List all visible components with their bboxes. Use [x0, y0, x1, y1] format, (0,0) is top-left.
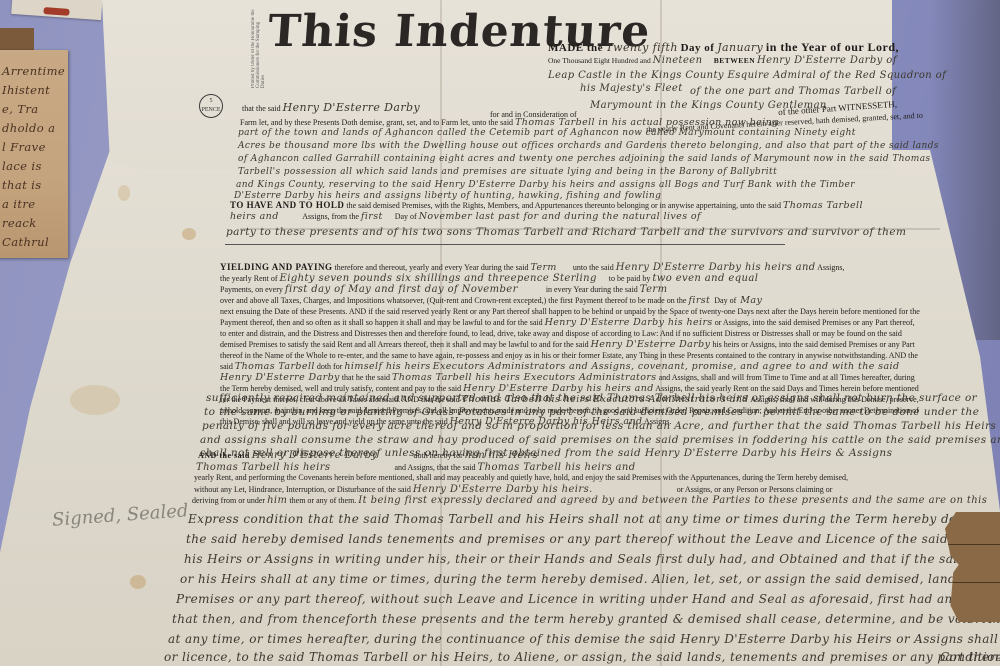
grantor-heirs: him his Heirs: [465, 450, 538, 461]
grantee-2: Thomas Tarbell his heirs: [196, 462, 330, 473]
reddendum-text: therefore and thereout, yearly and every…: [335, 263, 529, 272]
covenant-line: penalty of five pounds for every acre th…: [202, 420, 996, 432]
premises-line: Tarbell's possession all which said land…: [238, 167, 777, 177]
grantor: Henry D'Esterre Darby: [252, 450, 378, 461]
duty-stamp: 5 PENCE: [199, 94, 223, 118]
payee: Henry D'Esterre Darby his heirs and: [616, 262, 816, 273]
rent-prefix: the yearly Rent of: [220, 274, 278, 283]
term-word-2: Term: [640, 284, 668, 295]
heirs-label: heirs and: [230, 211, 279, 222]
covenantor: Thomas Tarbell: [235, 361, 315, 372]
doth-label: doth hereby for: [413, 451, 462, 460]
year-label: in the Year of our Lord,: [766, 40, 899, 54]
year-value: Nineteen: [653, 55, 703, 66]
condition-line: at any time, or times hereafter, during …: [168, 632, 1000, 646]
party1-description-2: his Majesty's Fleet: [580, 83, 683, 94]
condition-line: that then, and from thenceforth these pr…: [172, 612, 1000, 626]
over-above-clause: over and above all Taxes, Charges, and I…: [220, 296, 686, 305]
term-word: Term: [530, 262, 556, 273]
foxing-stain: [118, 185, 130, 201]
habendum-lessee: Thomas Tarbell: [783, 200, 863, 211]
and-said-label: AND the said: [198, 451, 250, 460]
disturber: Henry D'Esterre Darby his heirs.: [413, 484, 593, 495]
month-value: January: [717, 41, 763, 54]
agreement-clause: It being first expressly declared and ag…: [358, 495, 987, 506]
day-of-label: Day of: [395, 212, 417, 221]
made-label: MADE the: [548, 42, 603, 54]
lives-clause: party to these presents and of his two s…: [226, 226, 906, 238]
blank-rule: [225, 244, 785, 245]
condition-line: Premises or any part thereof, without su…: [176, 592, 1000, 606]
condition-line: Express condition that the said Thomas T…: [188, 512, 1000, 526]
payments-label: Payments, on every: [220, 285, 283, 294]
foxing-stain: [130, 575, 146, 589]
executors: Executors Administrators and Assigns, co…: [433, 361, 900, 372]
premises-line: of Aghancon called Garrahill containing …: [238, 154, 930, 164]
payer: Thomas Tarbell his heirs Executors Admin…: [392, 372, 657, 383]
first-payment-day: first: [688, 295, 710, 306]
from-month: November last past for and during the na…: [419, 211, 701, 222]
between-label: BETWEEN: [714, 56, 755, 65]
condition-line: his Heirs or Assigns in writing under hi…: [184, 552, 1000, 566]
for-label: doth for: [317, 362, 343, 371]
condition-line: or his Heirs shall at any time or times,…: [180, 572, 1000, 586]
next-ensuing: next ensuing the Date of these Presents.: [220, 307, 347, 316]
assigns-label: Assigns,: [817, 263, 844, 272]
day-of-label: Day of: [681, 42, 715, 54]
foxing-stain: [70, 385, 120, 415]
stamp-number: 5: [200, 97, 222, 106]
party1-name: Henry D'Esterre Darby of: [757, 55, 897, 66]
from-day: first: [361, 211, 383, 222]
habendum-text: the said demised Premises, with the Righ…: [346, 201, 781, 210]
deriving-label: deriving from or under: [192, 496, 265, 505]
premises-line: part of the town and lands of Aghancon c…: [238, 128, 856, 138]
payment-days: first day of May and first day of Novemb…: [285, 284, 518, 295]
first-payment-month: May: [740, 295, 762, 306]
condition-word: Condition: [940, 650, 1000, 664]
day-value: Twenty fifth: [606, 41, 678, 54]
that-he: that he the said: [342, 373, 390, 382]
or-assigns: or Assigns, or any Person or Persons cla…: [677, 485, 833, 494]
habendum-label: TO HAVE AND TO HOLD: [230, 200, 344, 210]
lessor-name: Henry D'Esterre Darby: [283, 101, 420, 114]
assigns-that: and Assigns, that the said: [394, 463, 475, 472]
reddendum-label: YIELDING AND PAYING: [220, 262, 333, 272]
without-clause: without any Let, Hindrance, Interruption…: [194, 485, 411, 494]
premises-line: Acres be thousand more lbs with the Dwel…: [238, 141, 939, 151]
printer-imprint: Printed by Order of the Honourable the C…: [251, 8, 261, 88]
condition-line: or licence, to the said Thomas Tarbell o…: [164, 650, 1000, 664]
indenture-document: Printed by Order of the Honourable the C…: [0, 0, 1000, 666]
rent-amount: Eighty seven pounds six shillings and th…: [280, 273, 597, 284]
condition-line: the said hereby demised lands tenements …: [186, 532, 1000, 546]
thousand-label: One Thousand Eight Hundred and: [548, 56, 651, 65]
party1-description: Leap Castle in the Kings County Esquire …: [548, 70, 946, 81]
them-label: them or any of them.: [289, 496, 356, 505]
covenant-line: to the same by burning or planting of Gr…: [204, 406, 979, 418]
deriving-hand: him: [267, 495, 287, 506]
reentry-party: Henry D'Esterre Darby: [591, 339, 711, 350]
assigns-from-label: Assigns, from the: [302, 212, 359, 221]
unto-label: unto the said: [573, 263, 614, 272]
paid-by-label: to be paid by: [609, 274, 651, 283]
in-every-year: in every Year during the said: [546, 285, 638, 294]
covenantee: Henry D'Esterre Darby: [220, 372, 340, 383]
covenant-line: sufficiently repaired maintained and sup…: [206, 392, 977, 404]
party2-name: of the one part and Thomas Tarbell of: [690, 86, 896, 97]
installments: two even and equal: [652, 273, 758, 284]
distrainor: Henry D'Esterre Darby his heirs: [545, 317, 713, 328]
farm-let-label: Farm let, and by these Presents Doth dem…: [240, 118, 513, 127]
grantee: Thomas Tarbell his heirs and: [478, 462, 636, 473]
covenant-line: and assigns shall consume the straw and …: [200, 434, 1000, 446]
stamp-text: PENCE: [200, 106, 222, 115]
lessee-name: Thomas Tarbell in his actual possession …: [515, 117, 779, 128]
premises-line: and Kings County, reserving to the said …: [236, 180, 855, 190]
that-said-label: that the said: [242, 104, 281, 113]
foxing-stain: [182, 228, 196, 240]
yearly-rent-clause: yearly Rent, and performing the Covenant…: [194, 473, 848, 482]
covenantor-heirs: himself his heirs: [344, 361, 430, 372]
